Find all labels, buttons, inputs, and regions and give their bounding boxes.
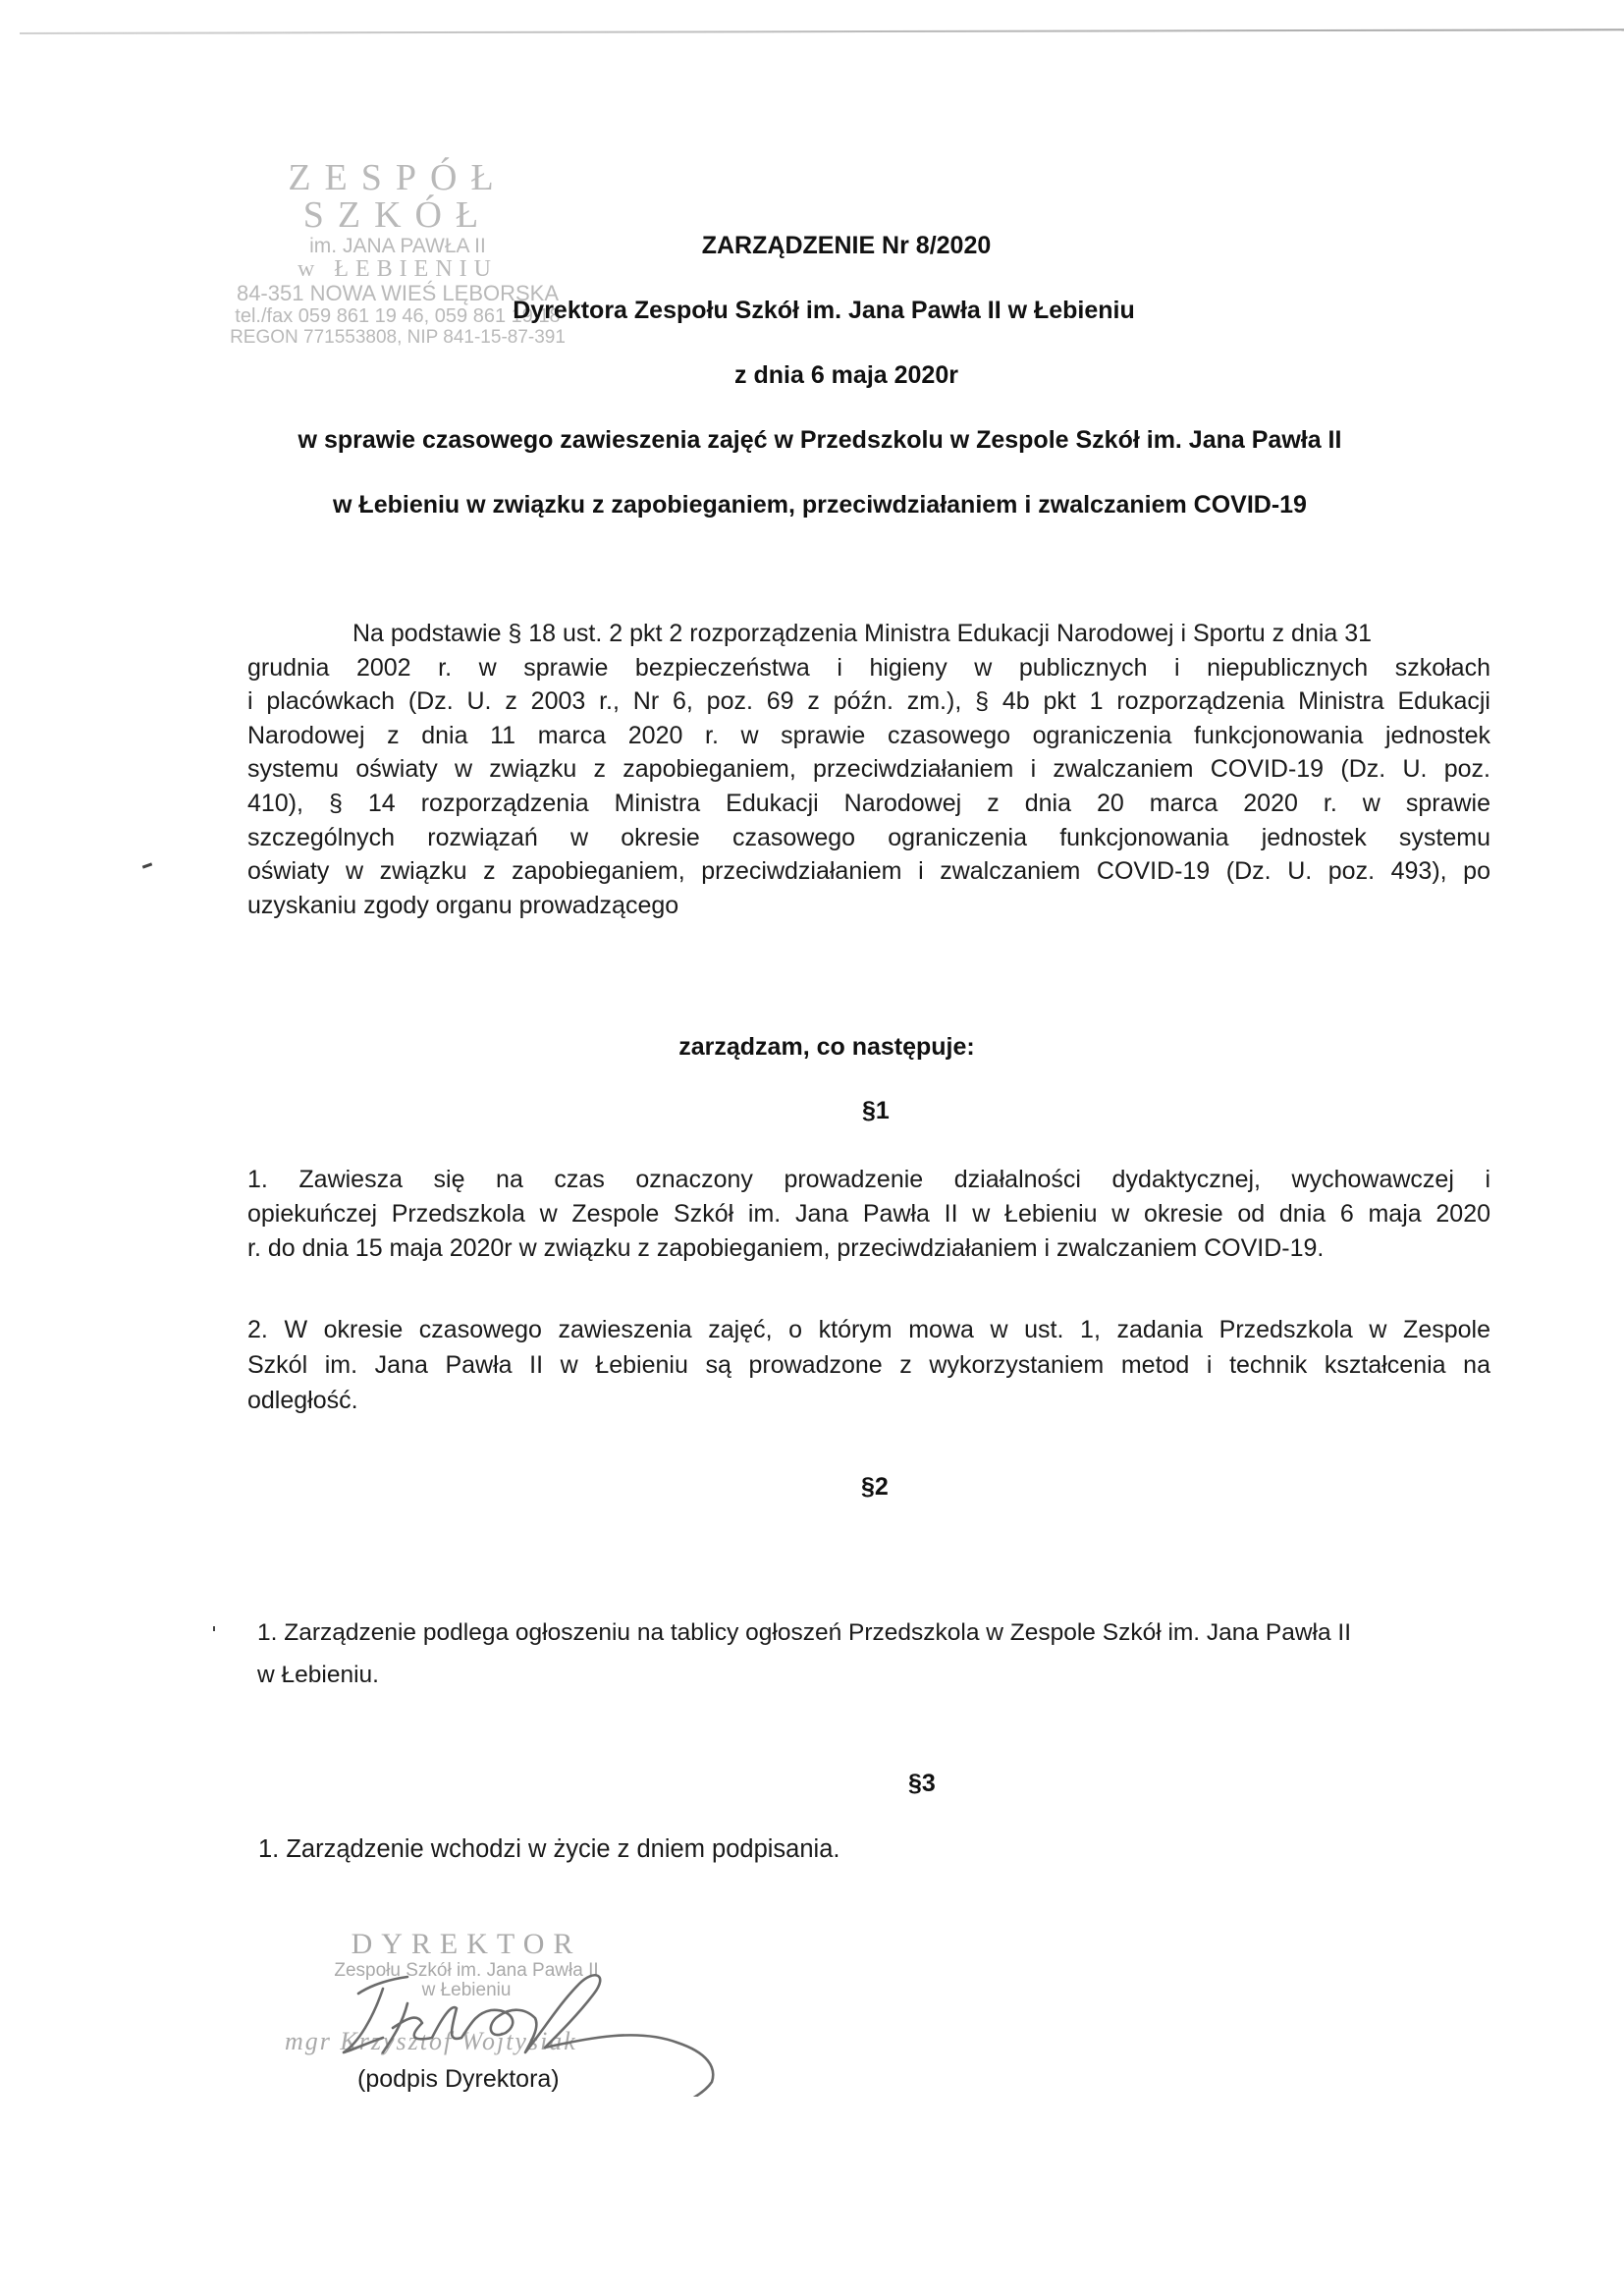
scan-mark xyxy=(213,1626,215,1631)
signature-caption: (podpis Dyrektora) xyxy=(357,2065,560,2094)
preamble-line: systemu oświaty w związku z zapobieganie… xyxy=(247,752,1490,787)
section-sign-3: §3 xyxy=(908,1770,936,1798)
preamble-line: grudnia 2002 r. w sprawie bezpieczeństwa… xyxy=(247,651,1490,685)
preamble-paragraph: Na podstawie § 18 ust. 2 pkt 2 rozporząd… xyxy=(247,617,1490,922)
point-line: Szkól im. Jana Pawła II w Łebieniu są pr… xyxy=(247,1347,1490,1383)
preamble-line: Na podstawie § 18 ust. 2 pkt 2 rozporząd… xyxy=(247,617,1490,651)
section-1-point-2: 2. W okresie czasowego zawieszenia zajęć… xyxy=(247,1312,1490,1418)
document-date: z dnia 6 maja 2020r xyxy=(0,361,1624,390)
point-line: 2. W okresie czasowego zawieszenia zajęć… xyxy=(247,1312,1490,1347)
point-line: 1. Zawiesza się na czas oznaczony prowad… xyxy=(247,1163,1490,1197)
document-title: ZARZĄDZENIE Nr 8/2020 xyxy=(0,232,1624,260)
preamble-line: szczególnych rozwiązań w okresie czasowe… xyxy=(247,821,1490,855)
stamp-line: w ŁEBIENIU xyxy=(201,257,594,281)
stamp-line: ZESPÓŁ SZKÓŁ xyxy=(201,159,594,234)
preamble-line: 410), § 14 rozporządzenia Ministra Eduka… xyxy=(247,787,1490,821)
point-line: r. do dnia 15 maja 2020r w związku z zap… xyxy=(247,1231,1490,1266)
section-1-point-1: 1. Zawiesza się na czas oznaczony prowad… xyxy=(247,1163,1490,1265)
preamble-line: Narodowej z dnia 11 marca 2020 r. w spra… xyxy=(247,719,1490,753)
decree-phrase: zarządzam, co następuje: xyxy=(0,1033,1624,1062)
preamble-line: i placówkach (Dz. U. z 2003 r., Nr 6, po… xyxy=(247,684,1490,719)
point-line: opiekuńczej Przedszkola w Zespole Szkół … xyxy=(247,1197,1490,1231)
stamp-line: REGON 771553808, NIP 841-15-87-391 xyxy=(201,328,594,347)
document-issuer: Dyrektora Zespołu Szkół im. Jana Pawła I… xyxy=(0,297,1624,325)
section-2-point-1-line: 1. Zarządzenie podlega ogłoszeniu na tab… xyxy=(257,1615,1351,1650)
scan-edge-line xyxy=(20,28,1624,34)
section-2-point-1-line: w Łebieniu. xyxy=(257,1658,379,1692)
document-subject-line-1: w sprawie czasowego zawieszenia zajęć w … xyxy=(0,426,1624,455)
preamble-line: oświaty w związku z zapobieganiem, przec… xyxy=(247,854,1490,889)
point-line: odległość. xyxy=(247,1383,1490,1418)
section-sign-1: §1 xyxy=(862,1097,890,1125)
section-3-point-1-line: 1. Zarządzenie wchodzi w życie z dniem p… xyxy=(258,1832,839,1867)
scan-mark xyxy=(142,862,152,868)
preamble-line: uzyskaniu zgody organu prowadzącego xyxy=(247,889,1490,923)
section-sign-2: §2 xyxy=(861,1473,889,1502)
document-subject-line-2: w Łebieniu w związku z zapobieganiem, pr… xyxy=(0,491,1624,519)
